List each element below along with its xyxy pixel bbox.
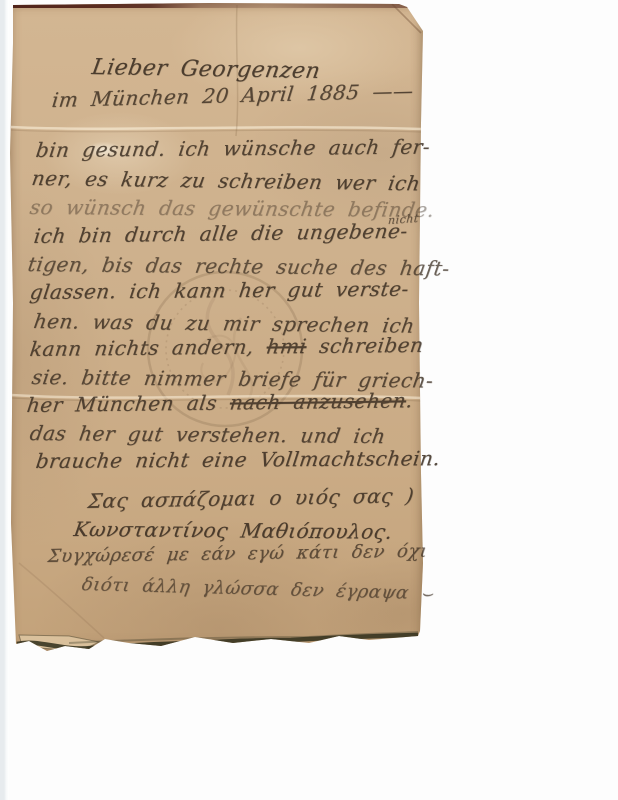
handwritten-line-salutation: Lieber Georgenzen	[90, 55, 322, 84]
handwritten-line-body: ner, es kurz zu schreiben wer ich	[30, 166, 422, 195]
handwritten-line-body: kann nichts andern, hmi schreiben	[28, 333, 425, 361]
handwritten-line-body: das her gut verstehen. und ich	[28, 421, 387, 448]
handwritten-line-body: her München als nach anzusehen.	[25, 388, 414, 417]
scanned-letter-page: { "document": { "kind": "scanned handwri…	[0, 0, 618, 800]
handwritten-line-closing: διότι άλλη γλώσσα δεν έγραψα ⌣	[80, 574, 435, 604]
handwritten-line-closing: Συγχώρεσέ με εάν εγώ κάτι δεν όχι	[47, 541, 429, 567]
handwritten-line-body: brauche nicht eine Vollmachtschein.	[34, 446, 441, 473]
handwritten-line-body: so wünsch das gewünschte befinde.	[28, 195, 436, 222]
handwritten-line-insertion: nicht	[388, 212, 420, 227]
handwriting-layer: Lieber Georgenzenim München 20 April 188…	[0, 0, 618, 800]
handwritten-line-body: bin gesund. ich wünsche auch fer-	[34, 135, 431, 162]
handwritten-line-dateline: im München 20 April 1885 ——	[51, 78, 415, 112]
struck-out-word: hmi	[265, 334, 308, 358]
handwritten-line-closing: Σας ασπάζομαι ο υιός σας )	[87, 483, 416, 513]
struck-out-word: nach anzusehen	[228, 388, 407, 414]
handwritten-line-body: glassen. ich kann her gut verste-	[28, 277, 410, 304]
handwritten-line-body: ich bin durch alle die ungebene-	[32, 219, 409, 248]
handwritten-line-closing: Κωνσταντίνος Μαθιόπουλος.	[72, 517, 394, 544]
